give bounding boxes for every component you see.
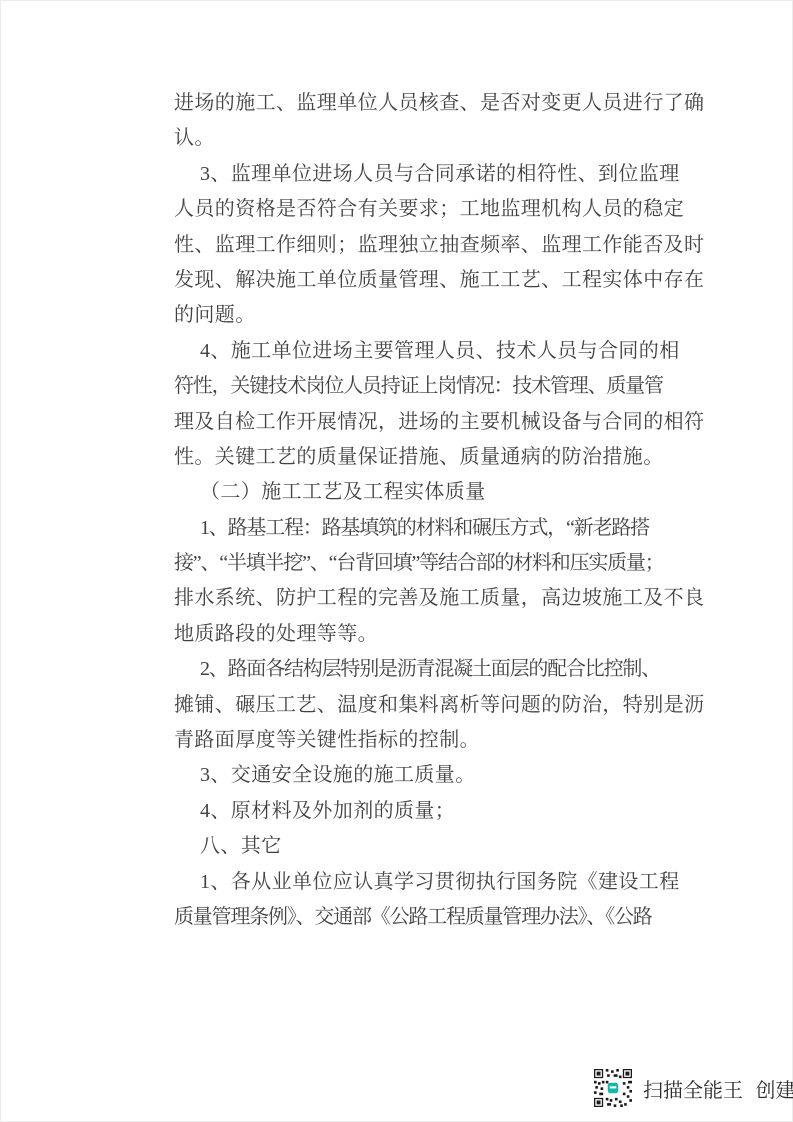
text-line: 发现、解决施工单位质量管理、施工工艺、工程实体中存在 bbox=[174, 263, 690, 298]
text-line: 八、其它 bbox=[174, 829, 690, 864]
text-line: 地质路段的处理等等。 bbox=[174, 617, 690, 652]
text-line: 符性，关键技术岗位人员持证上岗情况：技术管理、质量管 bbox=[174, 369, 690, 404]
text-line: 4、原材料及外加剂的质量； bbox=[174, 794, 690, 829]
text-line: 接”、“半填半挖”、“台背回填”等结合部的材料和压实质量； bbox=[174, 546, 690, 581]
qr-code-icon bbox=[594, 1069, 632, 1107]
text-line: 人员的资格是否符合有关要求；工地监理机构人员的稳定 bbox=[174, 192, 690, 227]
text-line: 3、交通安全设施的施工质量。 bbox=[174, 758, 690, 793]
text-line: 4、施工单位进场主要管理人员、技术人员与合同的相 bbox=[174, 334, 690, 369]
text-line: 理及自检工作开展情况，进场的主要机械设备与合同的相符 bbox=[174, 405, 690, 440]
text-line: 青路面厚度等关键性指标的控制。 bbox=[174, 723, 690, 758]
text-line: 3、监理单位进场人员与合同承诺的相符性、到位监理 bbox=[174, 157, 690, 192]
text-line: 的问题。 bbox=[174, 298, 690, 333]
text-line: 摊铺、碾压工艺、温度和集料离析等问题的防治，特别是沥 bbox=[174, 688, 690, 723]
text-line: 质量管理条例》、交通部《公路工程质量管理办法》、《公路 bbox=[174, 900, 690, 935]
text-line: 性。关键工艺的质量保证措施、质量通病的防治措施。 bbox=[174, 440, 690, 475]
text-line: （二）施工工艺及工程实体质量 bbox=[174, 475, 690, 510]
text-line: 认。 bbox=[174, 121, 690, 156]
text-line: 性、监理工作细则；监理独立抽查频率、监理工作能否及时 bbox=[174, 228, 690, 263]
text-line: 1、路基工程：路基填筑的材料和碾压方式，“新老路搭 bbox=[174, 511, 690, 546]
scanned-document-page: 进场的施工、监理单位人员核查、是否对变更人员进行了确 认。 3、监理单位进场人员… bbox=[0, 0, 793, 1122]
scanner-watermark: 扫描全能王 创建 bbox=[594, 1068, 793, 1108]
text-line: 进场的施工、监理单位人员核查、是否对变更人员进行了确 bbox=[174, 86, 690, 121]
document-body: 进场的施工、监理单位人员核查、是否对变更人员进行了确 认。 3、监理单位进场人员… bbox=[174, 86, 690, 935]
watermark-label: 扫描全能王 创建 bbox=[643, 1074, 793, 1103]
text-line: 1、各从业单位应认真学习贯彻执行国务院《建设工程 bbox=[174, 865, 690, 900]
text-line: 排水系统、防护工程的完善及施工质量，高边坡施工及不良 bbox=[174, 581, 690, 616]
text-line: 2、路面各结构层特别是沥青混凝土面层的配合比控制、 bbox=[174, 652, 690, 687]
